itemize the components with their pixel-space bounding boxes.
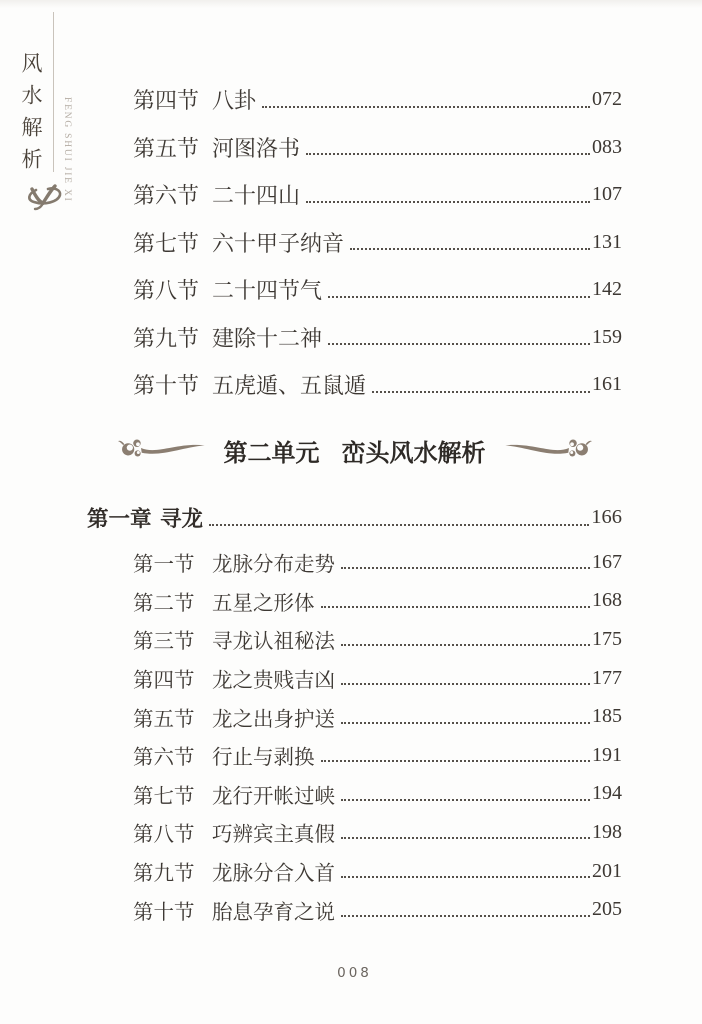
toc-block-2: 第一节 龙脉分布走势 167 第二节 五星之形体 168 第三节 寻龙认祖秘法 … bbox=[87, 543, 622, 929]
toc-entry-page-number: 107 bbox=[592, 183, 622, 206]
cloud-flourish-right-icon bbox=[504, 435, 592, 466]
calligraphy-swoosh-logo-icon bbox=[24, 179, 64, 220]
toc-entry-label: 第七节 bbox=[133, 779, 212, 809]
toc-entry-page-number: 142 bbox=[592, 278, 622, 301]
toc-entry-label: 第四节 bbox=[133, 84, 212, 115]
toc-entry-title: 龙脉分布走势 bbox=[212, 547, 335, 577]
book-title-vertical: 风水解析 bbox=[20, 52, 41, 180]
dot-leader bbox=[321, 760, 591, 762]
toc-entry-title: 五虎遁、五鼠遁 bbox=[212, 369, 366, 400]
toc-entry-label: 第六节 bbox=[133, 179, 212, 210]
toc-entry-row: 第四节 八卦 072 bbox=[87, 76, 622, 124]
toc-entry-row: 第三节 寻龙认祖秘法 175 bbox=[87, 620, 622, 659]
toc-entry-page-number: 131 bbox=[592, 231, 622, 254]
toc-entry-title: 二十四山 bbox=[212, 179, 300, 210]
dot-leader bbox=[341, 837, 590, 839]
toc-entry-page-number: 083 bbox=[592, 136, 622, 159]
toc-entry-label: 第九节 bbox=[133, 856, 212, 886]
toc-entry-title: 龙之贵贱吉凶 bbox=[212, 663, 335, 693]
dot-leader bbox=[328, 296, 590, 298]
toc-entry-row: 第五节 龙之出身护送 185 bbox=[87, 697, 622, 736]
toc-entry-page-number: 185 bbox=[592, 705, 622, 728]
toc-entry-row: 第一节 龙脉分布走势 167 bbox=[87, 543, 622, 582]
toc-entry-row: 第七节 六十甲子纳音 131 bbox=[87, 219, 622, 267]
chapter-label: 第一章 bbox=[87, 502, 160, 533]
toc-entry-title: 五星之形体 bbox=[212, 586, 315, 616]
toc-block-1: 第四节 八卦 072 第五节 河图洛书 083 第六节 二十四山 107 第七节… bbox=[87, 76, 622, 409]
toc-entry-page-number: 161 bbox=[592, 373, 622, 396]
toc-entry-label: 第十节 bbox=[133, 369, 212, 400]
toc-entry-title: 河图洛书 bbox=[212, 132, 300, 163]
toc-chapter-row: 第一章 寻龙 166 bbox=[87, 502, 622, 532]
footer-page-number: 008 bbox=[87, 965, 622, 981]
toc-entry-label: 第七节 bbox=[133, 227, 212, 258]
toc-entry-page-number: 167 bbox=[592, 551, 622, 574]
toc-entry-row: 第二节 五星之形体 168 bbox=[87, 582, 622, 621]
toc-entry-title: 寻龙认祖秘法 bbox=[212, 624, 335, 654]
toc-entry-page-number: 177 bbox=[592, 667, 622, 690]
toc-entry-label: 第六节 bbox=[133, 740, 212, 770]
toc-entry-title: 行止与剥换 bbox=[212, 740, 315, 770]
toc-entry-row: 第八节 巧辨宾主真假 198 bbox=[87, 813, 622, 852]
toc-entry-title: 建除十二神 bbox=[212, 322, 322, 353]
dot-leader bbox=[372, 391, 590, 393]
toc-entry-page-number: 201 bbox=[592, 860, 622, 883]
toc-entry-page-number: 168 bbox=[592, 589, 622, 612]
dot-leader bbox=[321, 606, 591, 608]
unit-title: 峦头风水解析 bbox=[342, 433, 486, 468]
dot-leader bbox=[341, 876, 590, 878]
toc-entry-title: 二十四节气 bbox=[212, 274, 322, 305]
book-page: 风水解析 FENG SHUI JIE XI 第四节 八卦 072 第五节 河图洛… bbox=[0, 0, 702, 1024]
toc-entry-row: 第七节 龙行开帐过峡 194 bbox=[87, 775, 622, 814]
dot-leader bbox=[262, 106, 590, 108]
toc-entry-label: 第八节 bbox=[133, 817, 212, 847]
toc-entry-title: 龙行开帐过峡 bbox=[212, 779, 335, 809]
chapter-title: 寻龙 bbox=[160, 502, 203, 533]
toc-entry-label: 第二节 bbox=[133, 586, 212, 616]
dot-leader bbox=[209, 524, 589, 526]
toc-entry-page-number: 194 bbox=[592, 782, 622, 805]
toc-entry-row: 第九节 建除十二神 159 bbox=[87, 314, 622, 362]
toc-entry-page-number: 175 bbox=[592, 628, 622, 651]
toc-entry-row: 第四节 龙之贵贱吉凶 177 bbox=[87, 659, 622, 698]
dot-leader bbox=[341, 567, 590, 569]
toc-entry-title: 巧辨宾主真假 bbox=[212, 817, 335, 847]
toc-entry-label: 第三节 bbox=[133, 624, 212, 654]
toc-entry-page-number: 205 bbox=[592, 898, 622, 921]
dot-leader bbox=[341, 683, 590, 685]
unit-header: 第二单元 峦头风水解析 bbox=[87, 430, 622, 470]
dot-leader bbox=[350, 248, 590, 250]
page-top-edge bbox=[0, 0, 702, 8]
toc-entry-label: 第十节 bbox=[133, 895, 212, 925]
dot-leader bbox=[306, 153, 590, 155]
chapter-page-number: 166 bbox=[591, 506, 622, 529]
toc-entry-title: 龙脉分合入首 bbox=[212, 856, 335, 886]
toc-entry-page-number: 159 bbox=[592, 326, 622, 349]
toc-entry-row: 第十节 五虎遁、五鼠遁 161 bbox=[87, 361, 622, 409]
toc-entry-row: 第九节 龙脉分合入首 201 bbox=[87, 852, 622, 891]
toc-entry-row: 第六节 二十四山 107 bbox=[87, 171, 622, 219]
toc-entry-row: 第五节 河图洛书 083 bbox=[87, 124, 622, 172]
dot-leader bbox=[341, 722, 590, 724]
unit-label: 第二单元 bbox=[224, 433, 320, 468]
toc-entry-page-number: 191 bbox=[592, 744, 622, 767]
toc-entry-label: 第五节 bbox=[133, 702, 212, 732]
dot-leader bbox=[341, 915, 590, 917]
toc-entry-label: 第四节 bbox=[133, 663, 212, 693]
toc-entry-title: 六十甲子纳音 bbox=[212, 227, 344, 258]
toc-entry-title: 龙之出身护送 bbox=[212, 702, 335, 732]
toc-entry-row: 第十节 胎息孕育之说 205 bbox=[87, 890, 622, 929]
toc-entry-page-number: 072 bbox=[592, 88, 622, 111]
dot-leader bbox=[341, 644, 590, 646]
dot-leader bbox=[306, 201, 590, 203]
toc-entry-row: 第八节 二十四节气 142 bbox=[87, 266, 622, 314]
toc-entry-label: 第九节 bbox=[133, 322, 212, 353]
dot-leader bbox=[341, 799, 590, 801]
toc-entry-label: 第五节 bbox=[133, 132, 212, 163]
toc-entry-row: 第六节 行止与剥换 191 bbox=[87, 736, 622, 775]
toc-entry-label: 第一节 bbox=[133, 547, 212, 577]
toc-entry-label: 第八节 bbox=[133, 274, 212, 305]
sidebar-divider-line bbox=[53, 12, 54, 172]
toc-entry-title: 八卦 bbox=[212, 84, 256, 115]
toc-entry-title: 胎息孕育之说 bbox=[212, 895, 335, 925]
cloud-flourish-left-icon bbox=[118, 435, 206, 466]
toc-entry-page-number: 198 bbox=[592, 821, 622, 844]
dot-leader bbox=[328, 343, 590, 345]
